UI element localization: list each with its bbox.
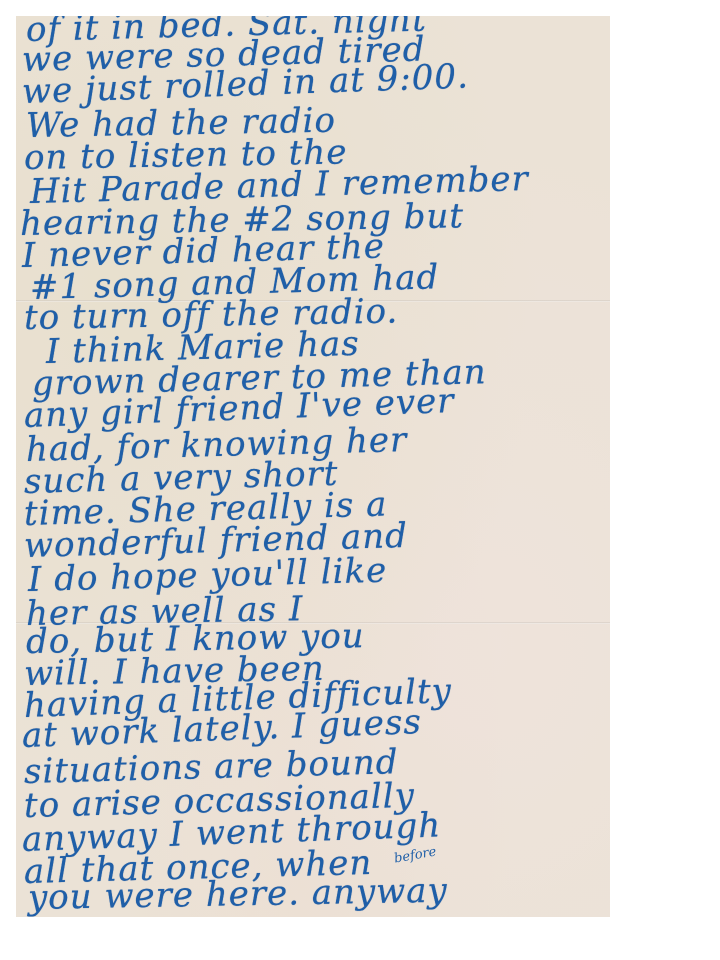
letter-page: of it in bed. Sat. night we were so dead… xyxy=(16,16,610,917)
handwritten-line: you were here. anyway xyxy=(28,871,448,917)
handwritten-insertion: before xyxy=(393,844,438,866)
